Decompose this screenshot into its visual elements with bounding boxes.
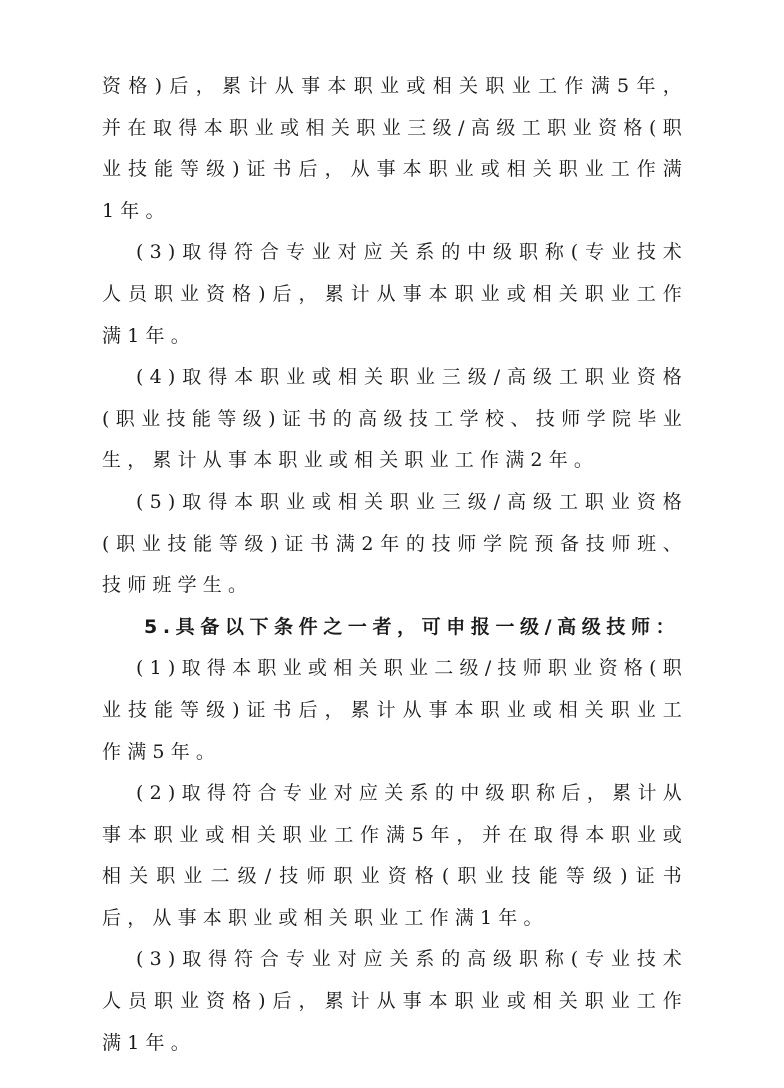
section-item-3: (3)取得符合专业对应关系的高级职称(专业技术人员职业资格)后，累计从事本职业或… (102, 939, 688, 1064)
document-page: 资格)后，累计从事本职业或相关职业工作满5年，并在取得本职业或相关职业三级/高级… (102, 66, 688, 1064)
paragraph-continuation: 资格)后，累计从事本职业或相关职业工作满5年，并在取得本职业或相关职业三级/高级… (102, 66, 688, 232)
section-item-1: (1)取得本职业或相关职业二级/技师职业资格(职业技能等级)证书后，累计从事本职… (102, 648, 688, 773)
section-item-2: (2)取得符合专业对应关系的中级职称后，累计从事本职业或相关职业工作满5年，并在… (102, 773, 688, 939)
paragraph-item-4: (4)取得本职业或相关职业三级/高级工职业资格(职业技能等级)证书的高级技工学校… (102, 357, 688, 482)
paragraph-item-3: (3)取得符合专业对应关系的中级职称(专业技术人员职业资格)后，累计从事本职业或… (102, 232, 688, 357)
section-heading: 5.具备以下条件之一者，可申报一级/高级技师： (102, 607, 688, 649)
paragraph-item-5: (5)取得本职业或相关职业三级/高级工职业资格(职业技能等级)证书满2年的技师学… (102, 482, 688, 607)
